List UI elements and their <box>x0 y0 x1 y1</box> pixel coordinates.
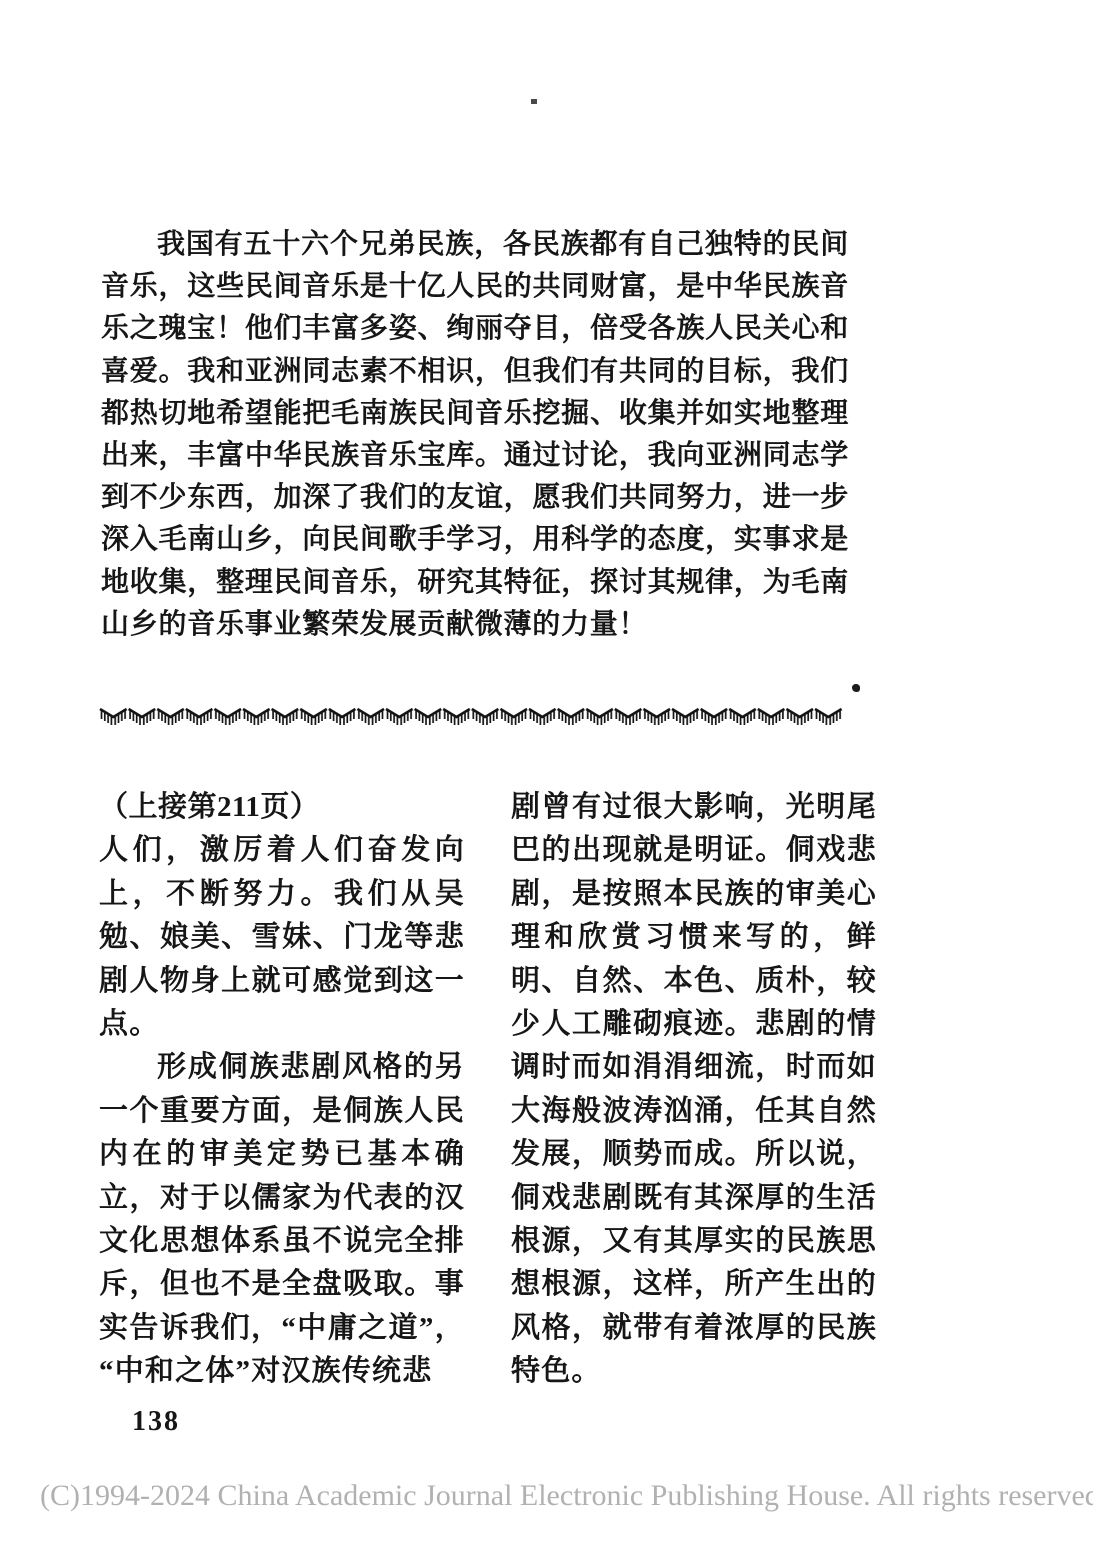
page-number: 138 <box>132 1406 180 1438</box>
scan-speck <box>531 99 537 104</box>
continuation-note: （上接第211页） <box>99 786 465 829</box>
left-column-paragraph-1: 人们，激厉着人们奋发向上，不断努力。我们从吴勉、娘美、雪妹、门龙等悲剧人物身上就… <box>99 829 465 1046</box>
left-column: （上接第211页） 人们，激厉着人们奋发向上，不断努力。我们从吴勉、娘美、雪妹、… <box>99 786 465 1394</box>
scanned-journal-page: 我国有五十六个兄弟民族，各民族都有自己独特的民间音乐，这些民间音乐是十亿人民的共… <box>0 0 1093 1561</box>
left-column-paragraph-2: 形成侗族悲剧风格的另一个重要方面，是侗族人民内在的审美定势已基本确立，对于以儒家… <box>99 1046 465 1393</box>
copyright-watermark: (C)1994-2024 China Academic Journal Elec… <box>40 1479 1093 1513</box>
right-column: 剧曾有过很大影响，光明尾巴的出现就是明证。侗戏悲剧，是按照本民族的审美心理和欣赏… <box>511 786 877 1394</box>
article-paragraph: 我国有五十六个兄弟民族，各民族都有自己独特的民间音乐，这些民间音乐是十亿人民的共… <box>101 224 849 646</box>
ornament-divider-icon <box>99 706 843 730</box>
ink-dot <box>852 684 860 692</box>
right-column-paragraph-1: 剧曾有过很大影响，光明尾巴的出现就是明证。侗戏悲剧，是按照本民族的审美心理和欣赏… <box>511 786 877 1394</box>
